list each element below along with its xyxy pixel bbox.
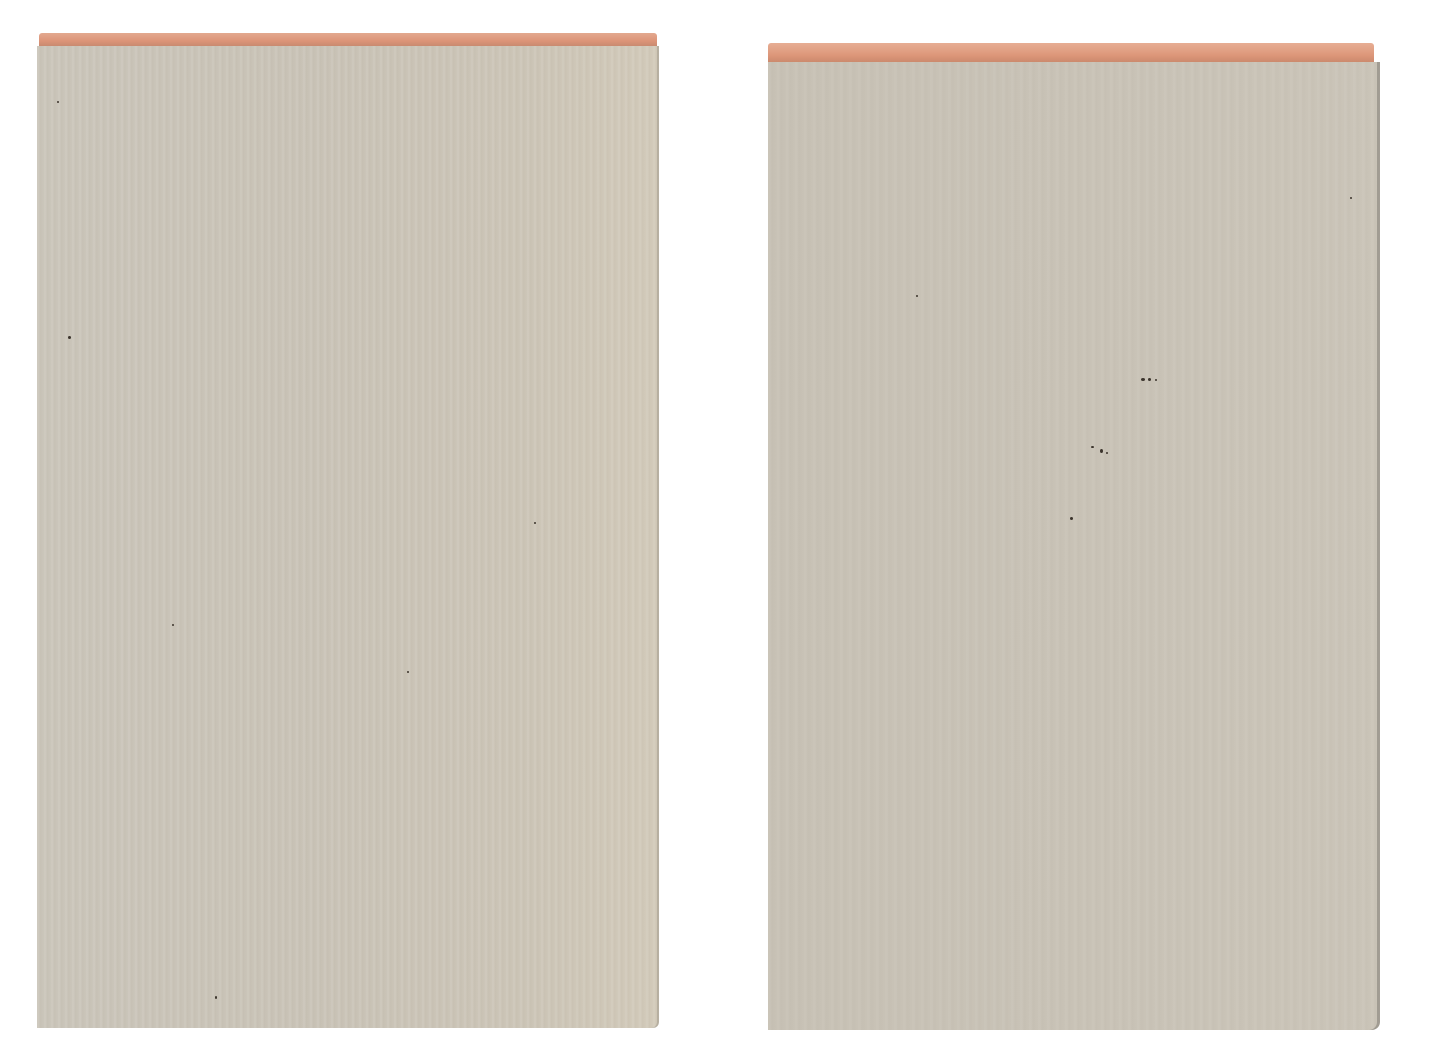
dirt-speck <box>68 336 71 339</box>
dirt-speck <box>57 101 59 103</box>
right-book-top-edge <box>768 43 1374 63</box>
left-book-back-cover <box>37 46 659 1028</box>
dirt-speck <box>534 522 536 524</box>
right-book <box>768 43 1380 1030</box>
dirt-speck <box>1100 449 1103 453</box>
dirt-speck <box>407 671 409 673</box>
dirt-speck <box>1106 452 1108 454</box>
dirt-speck <box>215 996 217 999</box>
dirt-speck <box>1148 378 1151 381</box>
dirt-speck <box>1155 379 1157 381</box>
dirt-speck <box>1141 378 1145 381</box>
left-book-top-edge <box>39 33 657 46</box>
dirt-speck <box>916 295 918 297</box>
left-book <box>37 33 659 1028</box>
dirt-speck <box>172 624 174 626</box>
right-book-back-cover <box>768 62 1380 1030</box>
dirt-speck <box>1350 197 1352 199</box>
dirt-speck <box>1070 517 1073 520</box>
dirt-speck <box>1091 446 1094 448</box>
